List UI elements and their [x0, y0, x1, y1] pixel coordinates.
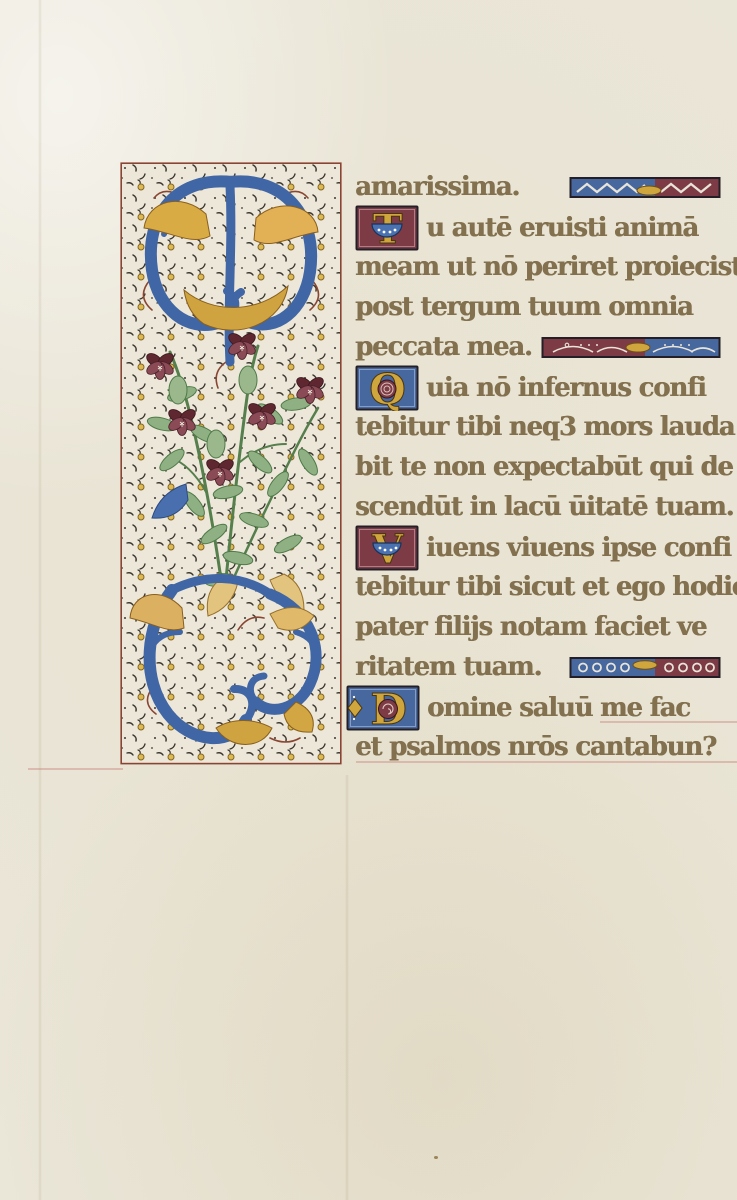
parchment-fold-center	[345, 775, 349, 1200]
parchment-fold-left	[38, 0, 42, 1200]
text-line: post tergum tuum omnia	[355, 287, 721, 327]
text-line: amarissima.	[355, 167, 721, 207]
line-filler-circle-chain	[569, 656, 721, 679]
line-filler-chevron	[569, 176, 721, 199]
ruling-line-left-margin	[28, 768, 123, 770]
line-text: pater filijs notam faciet ve	[355, 612, 706, 642]
illuminated-initial-T: T	[355, 205, 419, 251]
illuminated-border-panel	[120, 162, 342, 765]
text-line: T u autē eruisti animā	[355, 207, 721, 247]
line-text: et psalmos nrōs cantabun?	[355, 732, 716, 762]
line-text: uia nō infernus confi	[426, 367, 706, 409]
text-line: scendūt in lacū ūitatē tuam.	[355, 487, 721, 527]
illuminated-initial-V: V	[355, 525, 419, 571]
line-text: bit te non expectabūt qui de	[355, 452, 733, 482]
text-line: tebitur tibi neq3 mors lauda	[355, 407, 721, 447]
line-text: iuens viuens ipse confi	[426, 527, 731, 569]
text-line: tebitur tibi sicut et ego hodie	[355, 567, 721, 607]
line-text: tebitur tibi sicut et ego hodie	[355, 572, 737, 602]
text-line: meam ut nō periret proiecisti	[355, 247, 721, 287]
text-line: D omine saluū me fac	[355, 687, 721, 727]
text-line: pater filijs notam faciet ve	[355, 607, 721, 647]
illuminated-initial-D: D	[346, 685, 420, 731]
line-text: meam ut nō periret proiecisti	[355, 252, 737, 282]
text-line: bit te non expectabūt qui de	[355, 447, 721, 487]
line-text: post tergum tuum omnia	[355, 292, 693, 322]
text-line: ritatem tuam.	[355, 647, 721, 687]
text-column: amarissima. T u autē eruisti animā meam	[355, 167, 721, 767]
text-line: et psalmos nrōs cantabun?	[355, 727, 721, 767]
line-text: scendūt in lacū ūitatē tuam.	[355, 492, 733, 522]
manuscript-page: amarissima. T u autē eruisti animā meam	[0, 0, 737, 1200]
line-text: u autē eruisti animā	[426, 207, 698, 249]
text-line: peccata mea.	[355, 327, 721, 367]
illuminated-initial-Q: Q	[355, 365, 419, 411]
text-line: V iuens viuens ipse confi	[355, 527, 721, 567]
line-filler-swag	[541, 336, 721, 359]
line-text: amarissima.	[355, 172, 519, 202]
line-text: peccata mea.	[355, 332, 532, 362]
line-text: omine saluū me fac	[427, 687, 690, 729]
line-text: ritatem tuam.	[355, 652, 541, 682]
text-line: Q uia nō infernus confi	[355, 367, 721, 407]
line-text: tebitur tibi neq3 mors lauda	[355, 412, 734, 442]
parchment-speck	[434, 1156, 438, 1159]
